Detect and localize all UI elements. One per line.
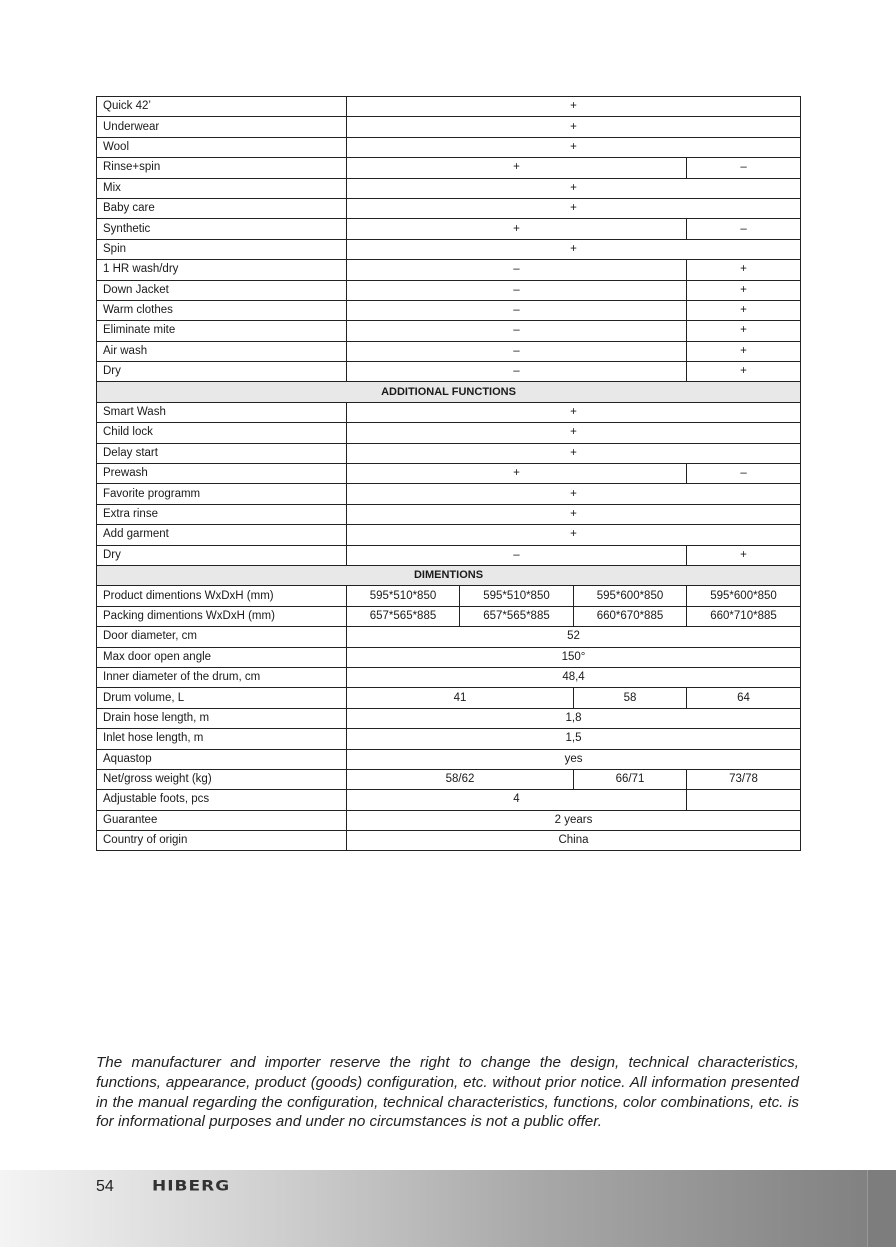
row-value bbox=[687, 790, 801, 810]
specifications-table-body: Quick 42’+Underwear+Wool+Rinse+spin+–Mix… bbox=[97, 97, 801, 851]
section-title: ADDITIONAL FUNCTIONS bbox=[97, 382, 801, 402]
row-label: Prewash bbox=[97, 464, 347, 484]
row-value: 58 bbox=[574, 688, 687, 708]
row-value: + bbox=[347, 158, 687, 178]
row-label: Favorite programm bbox=[97, 484, 347, 504]
row-value: yes bbox=[347, 749, 801, 769]
row-value: China bbox=[347, 831, 801, 851]
row-label: Rinse+spin bbox=[97, 158, 347, 178]
section-header-row: ADDITIONAL FUNCTIONS bbox=[97, 382, 801, 402]
row-value: + bbox=[687, 545, 801, 565]
row-label: Adjustable foots, pcs bbox=[97, 790, 347, 810]
table-row: Delay start+ bbox=[97, 443, 801, 463]
row-value: 58/62 bbox=[347, 769, 574, 789]
row-label: Product dimentions WxDxH (mm) bbox=[97, 586, 347, 606]
row-value: + bbox=[687, 362, 801, 382]
row-value: + bbox=[347, 97, 801, 117]
table-row: Add garment+ bbox=[97, 525, 801, 545]
row-label: Drum volume, L bbox=[97, 688, 347, 708]
table-row: Door diameter, cm52 bbox=[97, 627, 801, 647]
row-value: 52 bbox=[347, 627, 801, 647]
row-value: 1,5 bbox=[347, 729, 801, 749]
row-label: Inner diameter of the drum, cm bbox=[97, 667, 347, 687]
row-label: Synthetic bbox=[97, 219, 347, 239]
row-value: 41 bbox=[347, 688, 574, 708]
table-row: Underwear+ bbox=[97, 117, 801, 137]
row-value: – bbox=[687, 464, 801, 484]
row-value: – bbox=[347, 260, 687, 280]
row-label: Packing dimentions WxDxH (mm) bbox=[97, 606, 347, 626]
table-row: Country of originChina bbox=[97, 831, 801, 851]
row-value: 66/71 bbox=[574, 769, 687, 789]
disclaimer-text: The manufacturer and importer reserve th… bbox=[96, 1053, 799, 1132]
row-value: + bbox=[347, 525, 801, 545]
section-title: DIMENTIONS bbox=[97, 565, 801, 585]
row-value: 660*670*885 bbox=[574, 606, 687, 626]
row-value: – bbox=[687, 219, 801, 239]
row-value: + bbox=[347, 443, 801, 463]
row-value: + bbox=[347, 178, 801, 198]
row-value: 73/78 bbox=[687, 769, 801, 789]
table-row: Drain hose length, m1,8 bbox=[97, 708, 801, 728]
page-footer: 54 HIBERG bbox=[0, 1170, 896, 1247]
row-label: Dry bbox=[97, 545, 347, 565]
row-value: – bbox=[347, 362, 687, 382]
row-label: 1 HR wash/dry bbox=[97, 260, 347, 280]
table-row: Adjustable foots, pcs4 bbox=[97, 790, 801, 810]
row-label: Spin bbox=[97, 239, 347, 259]
row-label: Child lock bbox=[97, 423, 347, 443]
row-value: + bbox=[347, 464, 687, 484]
row-label: Wool bbox=[97, 137, 347, 157]
row-label: Max door open angle bbox=[97, 647, 347, 667]
table-row: 1 HR wash/dry–+ bbox=[97, 260, 801, 280]
row-value: 657*565*885 bbox=[460, 606, 574, 626]
table-row: Product dimentions WxDxH (mm)595*510*850… bbox=[97, 586, 801, 606]
row-label: Add garment bbox=[97, 525, 347, 545]
table-row: Air wash–+ bbox=[97, 341, 801, 361]
footer-side-tab bbox=[867, 1170, 896, 1247]
row-label: Door diameter, cm bbox=[97, 627, 347, 647]
row-label: Dry bbox=[97, 362, 347, 382]
row-value: 4 bbox=[347, 790, 687, 810]
row-value: 48,4 bbox=[347, 667, 801, 687]
row-label: Down Jacket bbox=[97, 280, 347, 300]
row-label: Eliminate mite bbox=[97, 321, 347, 341]
row-label: Drain hose length, m bbox=[97, 708, 347, 728]
row-value: 595*600*850 bbox=[687, 586, 801, 606]
row-value: – bbox=[347, 321, 687, 341]
table-row: Max door open angle150° bbox=[97, 647, 801, 667]
table-row: Aquastopyes bbox=[97, 749, 801, 769]
row-value: + bbox=[687, 321, 801, 341]
table-row: Eliminate mite–+ bbox=[97, 321, 801, 341]
row-label: Net/gross weight (kg) bbox=[97, 769, 347, 789]
row-value: 1,8 bbox=[347, 708, 801, 728]
row-value: + bbox=[687, 280, 801, 300]
table-row: Dry–+ bbox=[97, 545, 801, 565]
row-label: Warm clothes bbox=[97, 300, 347, 320]
section-header-row: DIMENTIONS bbox=[97, 565, 801, 585]
row-label: Smart Wash bbox=[97, 402, 347, 422]
table-row: Spin+ bbox=[97, 239, 801, 259]
row-value: 660*710*885 bbox=[687, 606, 801, 626]
row-value: + bbox=[687, 300, 801, 320]
table-row: Smart Wash+ bbox=[97, 402, 801, 422]
table-row: Inlet hose length, m1,5 bbox=[97, 729, 801, 749]
row-value: – bbox=[687, 158, 801, 178]
row-label: Extra rinse bbox=[97, 504, 347, 524]
row-value: 595*600*850 bbox=[574, 586, 687, 606]
table-row: Inner diameter of the drum, cm48,4 bbox=[97, 667, 801, 687]
brand-logo: HIBERG bbox=[152, 1178, 230, 1195]
row-label: Quick 42’ bbox=[97, 97, 347, 117]
row-value: + bbox=[687, 341, 801, 361]
row-value: 595*510*850 bbox=[347, 586, 460, 606]
table-row: Prewash+– bbox=[97, 464, 801, 484]
row-label: Inlet hose length, m bbox=[97, 729, 347, 749]
table-row: Drum volume, L415864 bbox=[97, 688, 801, 708]
table-row: Down Jacket–+ bbox=[97, 280, 801, 300]
row-value: + bbox=[347, 137, 801, 157]
row-value: 150° bbox=[347, 647, 801, 667]
specifications-table: Quick 42’+Underwear+Wool+Rinse+spin+–Mix… bbox=[96, 96, 801, 851]
row-value: 657*565*885 bbox=[347, 606, 460, 626]
table-row: Guarantee2 years bbox=[97, 810, 801, 830]
row-value: 64 bbox=[687, 688, 801, 708]
row-value: + bbox=[347, 484, 801, 504]
table-row: Synthetic+– bbox=[97, 219, 801, 239]
table-row: Favorite programm+ bbox=[97, 484, 801, 504]
row-value: – bbox=[347, 280, 687, 300]
row-value: + bbox=[347, 219, 687, 239]
row-label: Underwear bbox=[97, 117, 347, 137]
row-value: + bbox=[347, 402, 801, 422]
table-row: Rinse+spin+– bbox=[97, 158, 801, 178]
page-number: 54 bbox=[96, 1178, 114, 1196]
row-value: – bbox=[347, 545, 687, 565]
row-value: 2 years bbox=[347, 810, 801, 830]
row-value: + bbox=[687, 260, 801, 280]
row-label: Country of origin bbox=[97, 831, 347, 851]
row-value: + bbox=[347, 239, 801, 259]
row-value: – bbox=[347, 300, 687, 320]
row-label: Air wash bbox=[97, 341, 347, 361]
row-value: + bbox=[347, 117, 801, 137]
row-label: Baby care bbox=[97, 198, 347, 218]
row-value: + bbox=[347, 504, 801, 524]
table-row: Extra rinse+ bbox=[97, 504, 801, 524]
table-row: Warm clothes–+ bbox=[97, 300, 801, 320]
row-value: 595*510*850 bbox=[460, 586, 574, 606]
row-value: – bbox=[347, 341, 687, 361]
table-row: Dry–+ bbox=[97, 362, 801, 382]
table-row: Mix+ bbox=[97, 178, 801, 198]
row-value: + bbox=[347, 198, 801, 218]
row-label: Aquastop bbox=[97, 749, 347, 769]
row-label: Guarantee bbox=[97, 810, 347, 830]
row-value: + bbox=[347, 423, 801, 443]
table-row: Quick 42’+ bbox=[97, 97, 801, 117]
row-label: Mix bbox=[97, 178, 347, 198]
row-label: Delay start bbox=[97, 443, 347, 463]
table-row: Wool+ bbox=[97, 137, 801, 157]
table-row: Net/gross weight (kg)58/6266/7173/78 bbox=[97, 769, 801, 789]
table-row: Baby care+ bbox=[97, 198, 801, 218]
table-row: Packing dimentions WxDxH (mm)657*565*885… bbox=[97, 606, 801, 626]
table-row: Child lock+ bbox=[97, 423, 801, 443]
